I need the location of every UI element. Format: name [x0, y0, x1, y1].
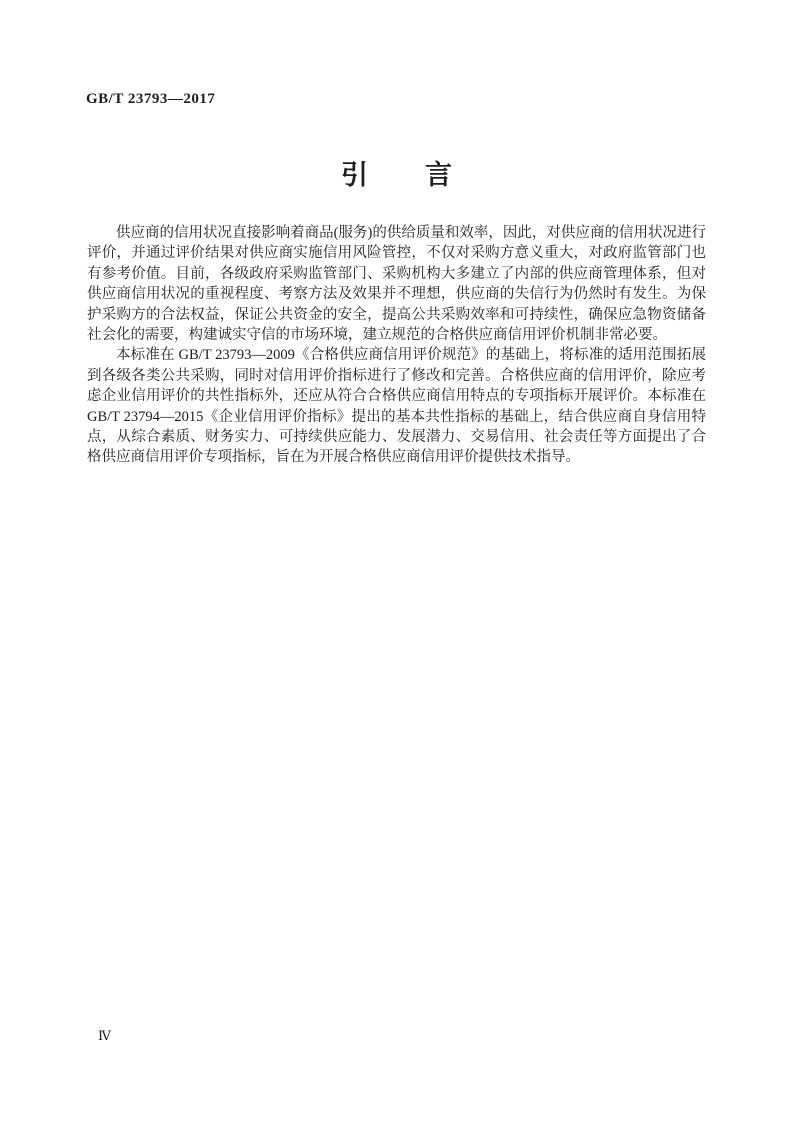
paragraph-2: 本标准在 GB/T 23793—2009《合格供应商信用评价规范》的基础上，将标…	[87, 345, 706, 467]
document-page: GB/T 23793—2017 引 言 供应商的信用状况直接影响着商品(服务)的…	[0, 0, 794, 1122]
body-text: 供应商的信用状况直接影响着商品(服务)的供给质量和效率，因此，对供应商的信用状况…	[87, 223, 706, 468]
page-title: 引 言	[0, 157, 794, 193]
standard-number: GB/T 23793—2017	[86, 91, 215, 108]
page-number: Ⅳ	[98, 1028, 111, 1044]
paragraph-1: 供应商的信用状况直接影响着商品(服务)的供给质量和效率，因此，对供应商的信用状况…	[87, 223, 706, 345]
